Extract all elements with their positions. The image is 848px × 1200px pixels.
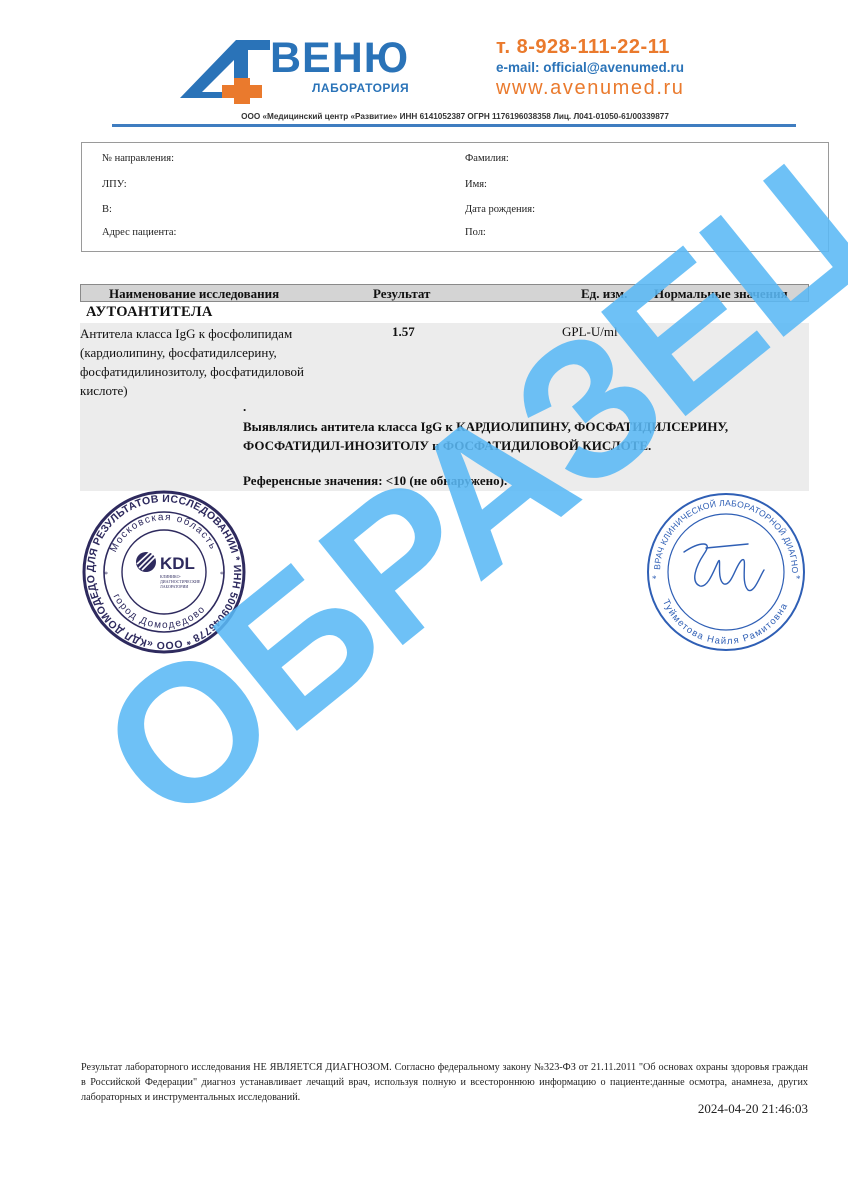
birthdate-label: Дата рождения: (465, 204, 535, 215)
kdl-logo-icon (136, 552, 156, 572)
table-row: Антитела класса IgG к фосфолипидам (кард… (80, 323, 809, 491)
company-details: ООО «Медицинский центр «Развитие» ИНН 61… (112, 112, 798, 121)
column-header-unit: Ед. изм. (581, 286, 627, 302)
first-name-label: Имя: (465, 179, 487, 190)
column-header-result: Результат (373, 286, 430, 302)
referral-number-label: № направления: (102, 153, 174, 164)
test-comment: Выявлялись антитела класса IgG к КАРДИОЛ… (243, 417, 809, 455)
email-address: e-mail: official@avenumed.ru (496, 59, 726, 77)
kdl-lab-stamp: ДЛЯ РЕЗУЛЬТАТОВ ИССЛЕДОВАНИЙ * ИНН 50090… (80, 490, 248, 654)
doctor-stamp-title: ВРАЧ КЛИНИЧЕСКОЙ ЛАБОРАТОРНОЙ ДИАГНОСТИК… (644, 490, 800, 574)
kdl-logo-text: KDL (160, 554, 195, 573)
avenu-logo: ВЕНЮ ЛАБОРАТОРИЯ (178, 36, 440, 104)
logo-subtitle: ЛАБОРАТОРИЯ (312, 81, 409, 95)
signature-icon (684, 544, 764, 591)
header-divider (112, 124, 796, 127)
doctor-stamp-name: Туйметова Найля Рамитовна (660, 598, 791, 647)
website-link: www.avenumed.ru (496, 77, 726, 99)
contact-block: т. 8-928-111-22-11 e-mail: official@aven… (496, 36, 726, 99)
svg-text:ЛАБОРАТОРИИ: ЛАБОРАТОРИИ (160, 584, 188, 589)
svg-text:*: * (220, 570, 224, 579)
test-name: Антитела класса IgG к фосфолипидам (кард… (80, 324, 320, 400)
patient-address-label: Адрес пациента: (102, 227, 176, 238)
svg-text:*: * (652, 574, 657, 584)
legal-disclaimer: Результат лабораторного исследования НЕ … (81, 1060, 808, 1105)
test-reference-values: Референсные значения: <10 (не обнаружено… (243, 473, 507, 489)
test-group-title: АУТОАНТИТЕЛА (86, 304, 213, 321)
svg-text:город Домодедово: город Домодедово (111, 592, 209, 631)
report-timestamp: 2024-04-20 21:46:03 (698, 1101, 808, 1117)
column-header-normal-values: Нормальные значения (654, 286, 788, 302)
column-header-test-name: Наименование исследования (109, 286, 279, 302)
test-comment-marker: . (243, 399, 246, 415)
svg-text:ВРАЧ КЛИНИЧЕСКОЙ ЛАБОРАТОРНОЙ: ВРАЧ КЛИНИЧЕСКОЙ ЛАБОРАТОРНОЙ ДИАГНОСТИК… (644, 490, 800, 574)
results-table-header: Наименование исследования Результат Ед. … (80, 284, 809, 302)
surname-label: Фамилия: (465, 153, 509, 164)
logo-a-plus-icon (178, 36, 278, 104)
logo-wordmark: ВЕНЮ (270, 36, 409, 80)
svg-text:Туйметова Найля Рамитовна: Туйметова Найля Рамитовна (660, 598, 791, 647)
sex-label: Пол: (465, 227, 486, 238)
svg-text:*: * (104, 570, 108, 579)
svg-text:*: * (796, 574, 801, 584)
test-result-value: 1.57 (392, 324, 415, 340)
patient-info-box: № направления: ЛПУ: В: Адрес пациента: Ф… (81, 142, 829, 252)
v-label: В: (102, 204, 112, 215)
kdl-stamp-city: город Домодедово (111, 592, 209, 631)
kdl-stamp-region: Московская область (108, 512, 218, 554)
phone-number: т. 8-928-111-22-11 (496, 36, 726, 58)
doctor-signature-stamp: ВРАЧ КЛИНИЧЕСКОЙ ЛАБОРАТОРНОЙ ДИАГНОСТИК… (644, 490, 809, 654)
svg-text:Московская область: Московская область (108, 512, 218, 554)
lpu-label: ЛПУ: (102, 179, 127, 190)
test-unit: GPL-U/ml (562, 324, 618, 340)
